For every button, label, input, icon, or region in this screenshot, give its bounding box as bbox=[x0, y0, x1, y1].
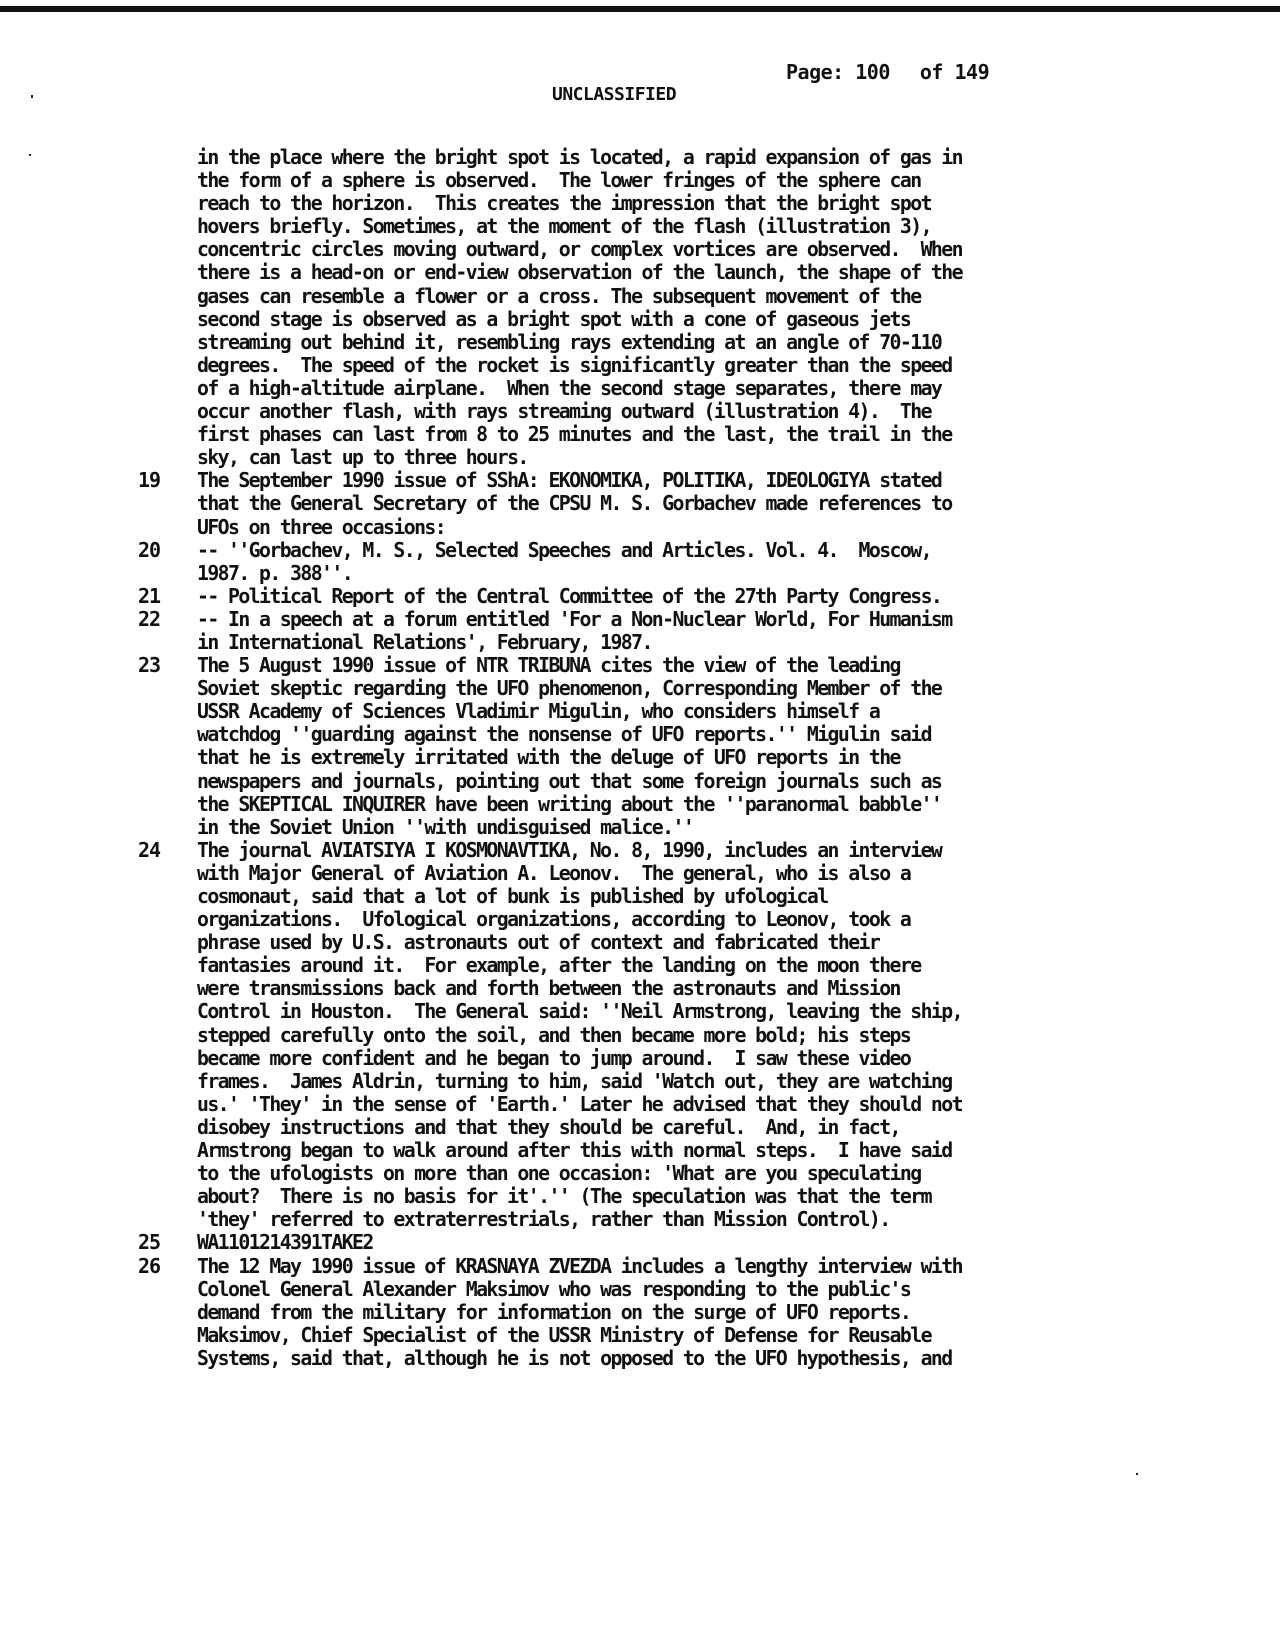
text-line: about? There is no basis for it'.'' (The… bbox=[197, 1185, 1138, 1208]
text-line: the SKEPTICAL INQUIRER have been writing… bbox=[197, 793, 1138, 816]
text-line: cosmonaut, said that a lot of bunk is pu… bbox=[197, 885, 1138, 908]
text-line: second stage is observed as a bright spo… bbox=[197, 308, 1138, 331]
note-item: 24The journal AVIATSIYA I KOSMONAVTIKA, … bbox=[138, 839, 1148, 1232]
text-line: disobey instructions and that they shoul… bbox=[197, 1116, 1138, 1139]
note-text: WA1101214391TAKE2 bbox=[197, 1231, 1148, 1254]
text-line: fantasies around it. For example, after … bbox=[197, 954, 1138, 977]
note-number: 23 bbox=[138, 654, 197, 839]
text-line: UFOs on three occasions: bbox=[197, 516, 1138, 539]
classification-marking: UNCLASSIFIED bbox=[552, 84, 676, 105]
text-line: newspapers and journals, pointing out th… bbox=[197, 770, 1138, 793]
text-line: us.' 'They' in the sense of 'Earth.' Lat… bbox=[197, 1093, 1138, 1116]
text-line: hovers briefly. Sometimes, at the moment… bbox=[197, 215, 1138, 238]
text-line: reach to the horizon. This creates the i… bbox=[197, 192, 1138, 215]
text-line: were transmissions back and forth betwee… bbox=[197, 977, 1138, 1000]
text-line: to the ufologists on more than one occas… bbox=[197, 1162, 1138, 1185]
text-line: phrase used by U.S. astronauts out of co… bbox=[197, 931, 1138, 954]
continuation-paragraph: in the place where the bright spot is lo… bbox=[138, 146, 1148, 469]
text-line: first phases can last from 8 to 25 minut… bbox=[197, 423, 1138, 446]
text-line: -- ''Gorbachev, M. S., Selected Speeches… bbox=[197, 539, 1138, 562]
scan-speck bbox=[1136, 1473, 1138, 1475]
note-number: 25 bbox=[138, 1231, 197, 1254]
text-line: Systems, said that, although he is not o… bbox=[197, 1347, 1138, 1370]
note-item: 19The September 1990 issue of SShA: EKON… bbox=[138, 469, 1148, 538]
note-text: -- In a speech at a forum entitled 'For … bbox=[197, 608, 1148, 654]
note-text: The 12 May 1990 issue of KRASNAYA ZVEZDA… bbox=[197, 1255, 1148, 1370]
text-line: became more confident and he began to ju… bbox=[197, 1047, 1138, 1070]
note-text: -- Political Report of the Central Commi… bbox=[197, 585, 1148, 608]
text-line: 1987. p. 388''. bbox=[197, 562, 1138, 585]
text-line: sky, can last up to three hours. bbox=[197, 446, 1138, 469]
text-line: stepped carefully onto the soil, and the… bbox=[197, 1024, 1138, 1047]
text-line: organizations. Ufological organizations,… bbox=[197, 908, 1138, 931]
note-item: 22-- In a speech at a forum entitled 'Fo… bbox=[138, 608, 1148, 654]
text-line: watchdog ''guarding against the nonsense… bbox=[197, 723, 1138, 746]
page-label: Page: 100 bbox=[786, 60, 890, 84]
text-line: degrees. The speed of the rocket is sign… bbox=[197, 354, 1138, 377]
text-line: Control in Houston. The General said: ''… bbox=[197, 1000, 1138, 1023]
text-line: The 12 May 1990 issue of KRASNAYA ZVEZDA… bbox=[197, 1255, 1138, 1278]
note-number: 22 bbox=[138, 608, 197, 654]
text-line: Maksimov, Chief Specialist of the USSR M… bbox=[197, 1324, 1138, 1347]
numbered-notes: 19The September 1990 issue of SShA: EKON… bbox=[138, 469, 1148, 1370]
note-number: 21 bbox=[138, 585, 197, 608]
text-line: demand from the military for information… bbox=[197, 1301, 1138, 1324]
text-line: in International Relations', February, 1… bbox=[197, 631, 1138, 654]
text-line: -- Political Report of the Central Commi… bbox=[197, 585, 1138, 608]
text-line: that he is extremely irritated with the … bbox=[197, 746, 1138, 769]
note-text: The September 1990 issue of SShA: EKONOM… bbox=[197, 469, 1148, 538]
text-line: concentric circles moving outward, or co… bbox=[197, 238, 1138, 261]
note-item: 21-- Political Report of the Central Com… bbox=[138, 585, 1148, 608]
text-line: the form of a sphere is observed. The lo… bbox=[197, 169, 1138, 192]
page-number: Page: 100of 149 bbox=[786, 60, 989, 84]
scan-top-border bbox=[0, 6, 1280, 12]
text-line: streaming out behind it, resembling rays… bbox=[197, 331, 1138, 354]
note-number: 20 bbox=[138, 539, 197, 585]
text-line: gases can resemble a flower or a cross. … bbox=[197, 285, 1138, 308]
text-line: there is a head-on or end-view observati… bbox=[197, 261, 1138, 284]
text-line: The September 1990 issue of SShA: EKONOM… bbox=[197, 469, 1138, 492]
scan-speck bbox=[29, 154, 31, 156]
note-number: 24 bbox=[138, 839, 197, 1232]
text-line: of a high-altitude airplane. When the se… bbox=[197, 377, 1138, 400]
text-line: WA1101214391TAKE2 bbox=[197, 1231, 1138, 1254]
page-total: of 149 bbox=[920, 60, 989, 84]
note-item: 23The 5 August 1990 issue of NTR TRIBUNA… bbox=[138, 654, 1148, 839]
note-number: 19 bbox=[138, 469, 197, 538]
text-line: -- In a speech at a forum entitled 'For … bbox=[197, 608, 1138, 631]
note-item: 20-- ''Gorbachev, M. S., Selected Speech… bbox=[138, 539, 1148, 585]
text-line: USSR Academy of Sciences Vladimir Miguli… bbox=[197, 700, 1138, 723]
text-line: that the General Secretary of the CPSU M… bbox=[197, 492, 1138, 515]
document-body: in the place where the bright spot is lo… bbox=[138, 146, 1148, 1370]
text-line: Armstrong began to walk around after thi… bbox=[197, 1139, 1138, 1162]
scan-speck bbox=[31, 95, 33, 98]
text-line: with Major General of Aviation A. Leonov… bbox=[197, 862, 1138, 885]
text-line: Soviet skeptic regarding the UFO phenome… bbox=[197, 677, 1138, 700]
text-line: The 5 August 1990 issue of NTR TRIBUNA c… bbox=[197, 654, 1138, 677]
text-line: occur another flash, with rays streaming… bbox=[197, 400, 1138, 423]
text-line: The journal AVIATSIYA I KOSMONAVTIKA, No… bbox=[197, 839, 1138, 862]
text-line: 'they' referred to extraterrestrials, ra… bbox=[197, 1208, 1138, 1231]
note-text: The 5 August 1990 issue of NTR TRIBUNA c… bbox=[197, 654, 1148, 839]
note-text: The journal AVIATSIYA I KOSMONAVTIKA, No… bbox=[197, 839, 1148, 1232]
text-line: in the place where the bright spot is lo… bbox=[197, 146, 1138, 169]
note-text: -- ''Gorbachev, M. S., Selected Speeches… bbox=[197, 539, 1148, 585]
text-line: frames. James Aldrin, turning to him, sa… bbox=[197, 1070, 1138, 1093]
note-item: 25WA1101214391TAKE2 bbox=[138, 1231, 1148, 1254]
text-line: Colonel General Alexander Maksimov who w… bbox=[197, 1278, 1138, 1301]
note-number: 26 bbox=[138, 1255, 197, 1370]
text-line: in the Soviet Union ''with undisguised m… bbox=[197, 816, 1138, 839]
note-item: 26The 12 May 1990 issue of KRASNAYA ZVEZ… bbox=[138, 1255, 1148, 1370]
